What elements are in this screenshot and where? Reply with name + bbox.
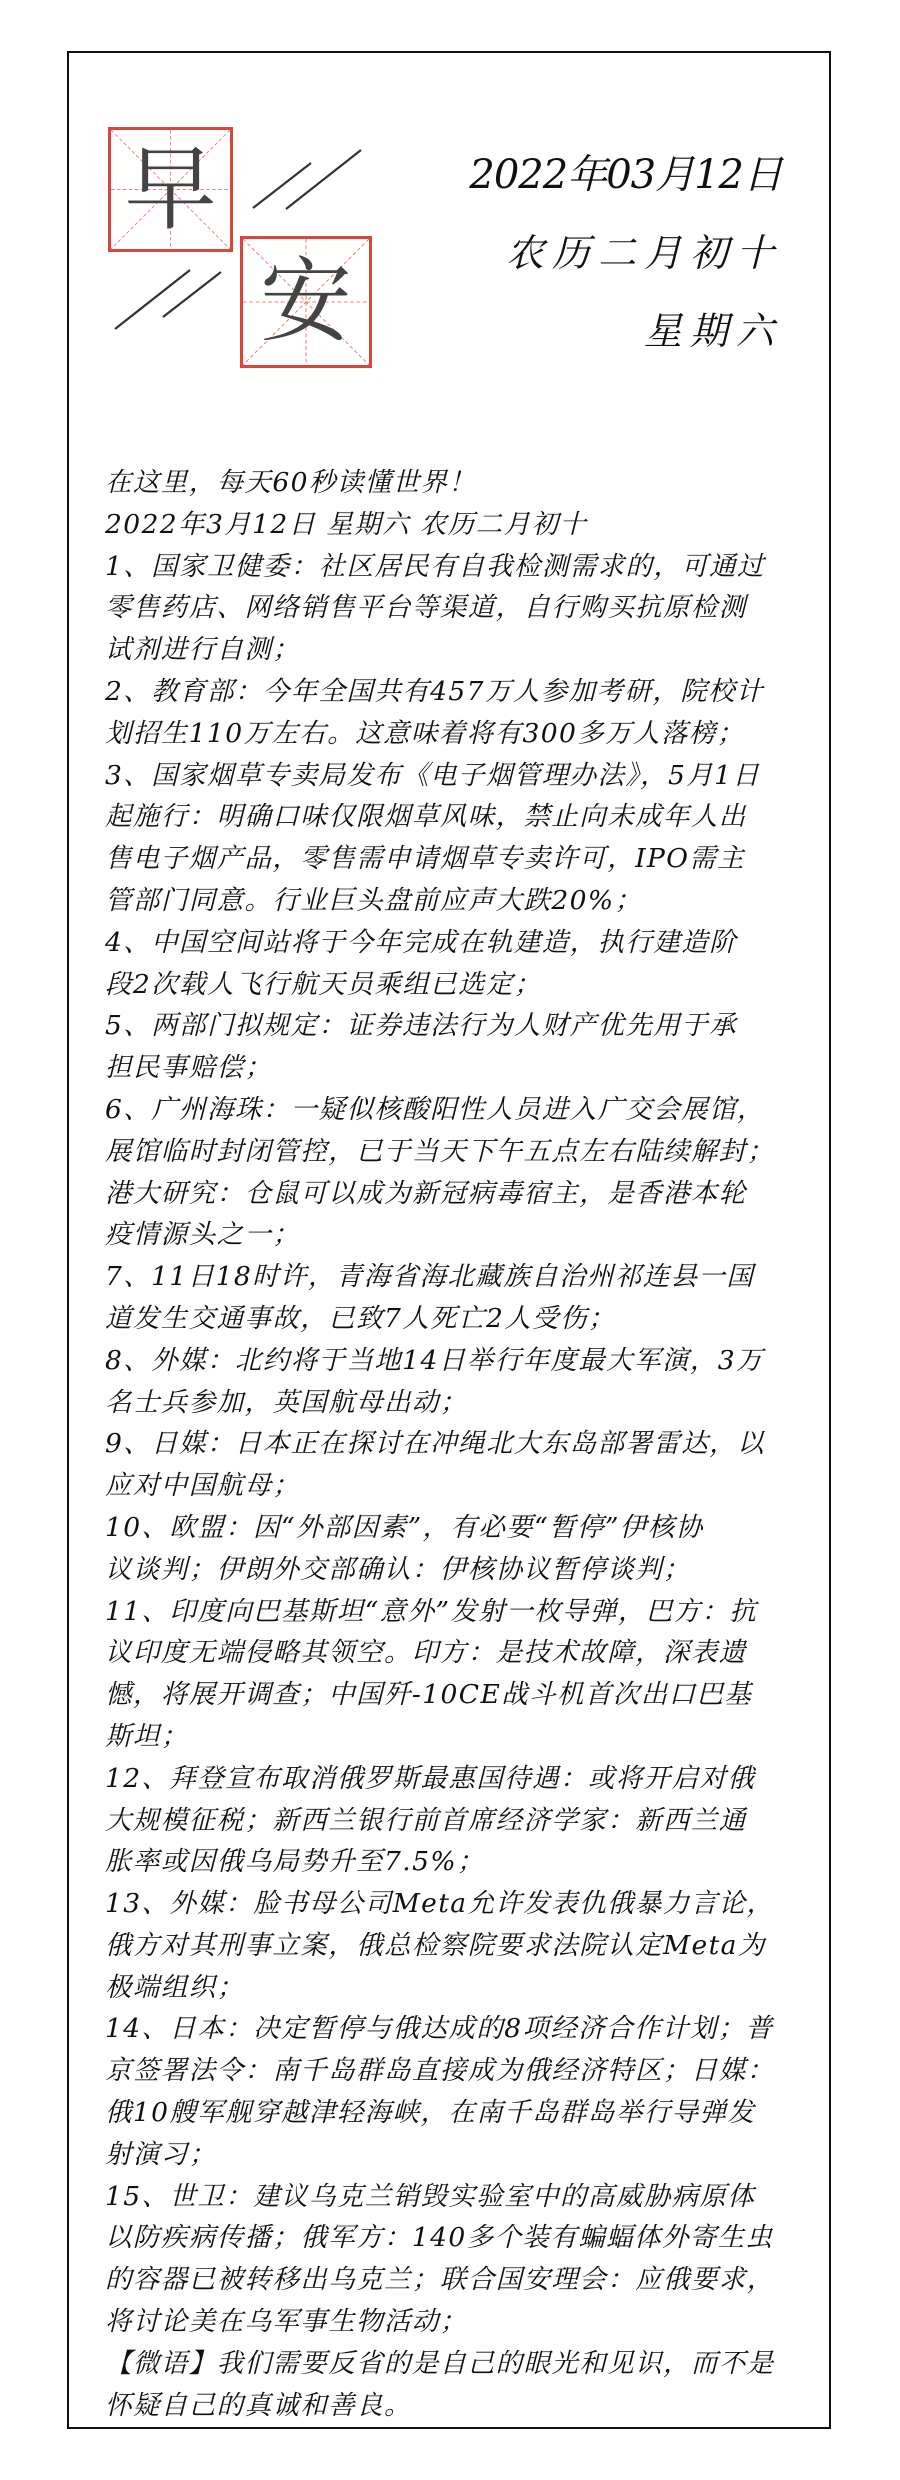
news-line: 议印度无端侵略其领空。印方：是技术故障，深表遗: [105, 1632, 805, 1674]
an-grid-box: 安: [240, 236, 372, 368]
news-line: 以防疾病传播；俄军方：140多个装有蝙蝠体外寄生虫: [105, 2217, 805, 2259]
news-line: 担民事赔偿；: [105, 1047, 805, 1089]
news-body: 在这里，每天60秒读懂世界！ 2022年3月12日 星期六 农历二月初十 1、国…: [105, 462, 805, 2426]
gregorian-date: 2022年03月12日: [469, 143, 782, 200]
news-line: 段2次载人飞行航天员乘组已选定；: [105, 964, 805, 1006]
news-line: 15、世卫：建议乌克兰销毁实验室中的高威胁病原体: [105, 2176, 805, 2218]
news-line: 2、教育部：今年全国共有457万人参加考研，院校计: [105, 671, 805, 713]
news-line: 5、两部门拟规定：证券违法行为人财产优先用于承: [105, 1005, 805, 1047]
quote-line: 怀疑自己的真诚和善良。: [105, 2385, 805, 2427]
news-line: 3、国家烟草专卖局发布《电子烟管理办法》，5月1日: [105, 755, 805, 797]
news-line: 试剂进行自测；: [105, 629, 805, 671]
weekday: 星期六: [644, 300, 782, 355]
news-line: 起施行：明确口味仅限烟草风味，禁止向未成年人出: [105, 796, 805, 838]
news-line: 疫情源头之一；: [105, 1214, 805, 1256]
news-line: 京签署法令：南千岛群岛直接成为俄经济特区；日媒：: [105, 2050, 805, 2092]
news-line: 俄10艘军舰穿越津轻海峡，在南千岛群岛举行导弹发: [105, 2092, 805, 2134]
news-line: 划招生110万左右。这意味着将有300多万人落榜；: [105, 713, 805, 755]
news-line: 零售药店、网络销售平台等渠道，自行购买抗原检测: [105, 587, 805, 629]
zao-character: 早: [111, 130, 230, 249]
news-line: 13、外媒：脸书母公司Meta允许发表仇俄暴力言论，: [105, 1883, 805, 1925]
news-line: 胀率或因俄乌局势升至7.5%；: [105, 1841, 805, 1883]
news-line: 大规模征税；新西兰银行前首席经济学家：新西兰通: [105, 1800, 805, 1842]
news-line: 斯坦；: [105, 1716, 805, 1758]
quote-line: 【微语】我们需要反省的是自己的眼光和见识，而不是: [105, 2343, 805, 2385]
news-line: 11、印度向巴基斯坦“意外”发射一枚导弹，巴方：抗: [105, 1591, 805, 1633]
lunar-date: 农历二月初十: [506, 222, 782, 277]
news-line: 应对中国航母；: [105, 1465, 805, 1507]
news-line: 憾，将展开调查；中国歼-10CE战斗机首次出口巴基: [105, 1674, 805, 1716]
news-line: 将讨论美在乌军事生物活动；: [105, 2301, 805, 2343]
news-line: 射演习；: [105, 2134, 805, 2176]
news-line: 道发生交通事故，已致7人死亡2人受伤；: [105, 1298, 805, 1340]
intro-line: 在这里，每天60秒读懂世界！: [105, 462, 805, 504]
news-line: 9、日媒：日本正在探讨在冲绳北大东岛部署雷达，以: [105, 1423, 805, 1465]
news-line: 的容器已被转移出乌克兰；联合国安理会：应俄要求，: [105, 2259, 805, 2301]
zao-grid-box: 早: [108, 127, 233, 252]
news-line: 售电子烟产品，零售需申请烟草专卖许可，IPO需主: [105, 838, 805, 880]
news-line: 展馆临时封闭管控，已于当天下午五点左右陆续解封；: [105, 1131, 805, 1173]
date-line: 2022年3月12日 星期六 农历二月初十: [105, 504, 805, 546]
news-line: 12、拜登宣布取消俄罗斯最惠国待遇：或将开启对俄: [105, 1758, 805, 1800]
news-line: 6、广州海珠：一疑似核酸阳性人员进入广交会展馆，: [105, 1089, 805, 1131]
news-line: 管部门同意。行业巨头盘前应声大跌20%；: [105, 880, 805, 922]
news-line: 7、11日18时许，青海省海北藏族自治州祁连县一国: [105, 1256, 805, 1298]
news-line: 4、中国空间站将于今年完成在轨建造，执行建造阶: [105, 922, 805, 964]
news-line: 名士兵参加，英国航母出动；: [105, 1382, 805, 1424]
news-line: 10、欧盟：因“外部因素”，有必要“暂停”伊核协: [105, 1507, 805, 1549]
an-character: 安: [243, 239, 369, 365]
news-line: 8、外媒：北约将于当地14日举行年度最大军演，3万: [105, 1340, 805, 1382]
news-line: 1、国家卫健委：社区居民有自我检测需求的，可通过: [105, 546, 805, 588]
news-line: 俄方对其刑事立案，俄总检察院要求法院认定Meta为: [105, 1925, 805, 1967]
news-line: 议谈判；伊朗外交部确认：伊核协议暂停谈判；: [105, 1549, 805, 1591]
news-line: 14、日本：决定暂停与俄达成的8项经济合作计划；普: [105, 2008, 805, 2050]
news-line: 港大研究：仓鼠可以成为新冠病毒宿主，是香港本轮: [105, 1173, 805, 1215]
news-line: 极端组织；: [105, 1967, 805, 2009]
